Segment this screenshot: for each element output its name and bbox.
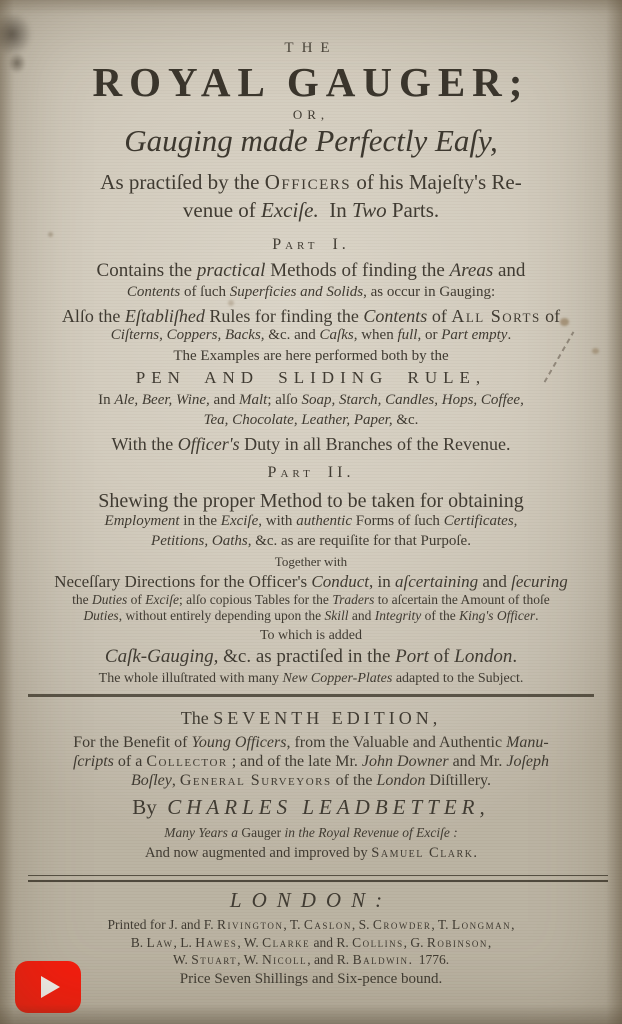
edition-line: The SEVENTH EDITION,	[14, 708, 608, 728]
book-title-page: THE ROYAL GAUGER; OR, Gauging made Perfe…	[0, 0, 622, 1024]
goods-line-1: In Ale, Beer, Wine, and Malt; alſo Soap,…	[14, 392, 608, 409]
part1-para1-line2: Contents of ſuch Superficies and Solids,…	[14, 284, 608, 301]
edition-benefit-line3: Boſley, General Surveyors of the London …	[14, 772, 608, 790]
or-separator: OR,	[14, 108, 608, 123]
edition-benefit-line2: ſcripts of a Collector ; and of the late…	[14, 753, 608, 771]
double-rule	[28, 875, 608, 882]
part2-para2-line3: Duties, without entirely depending upon …	[14, 608, 608, 623]
byline-line-1: As practiſed by the Officers of his Maje…	[14, 171, 608, 195]
part1-para2-line1: Alſo the Eſtabliſhed Rules for finding t…	[14, 306, 608, 326]
subtitle: Gauging made Perfectly Eaſy,	[14, 124, 608, 159]
imprint-line-3: W. Stuart, W. Nicoll, and R. Baldwin. 17…	[14, 952, 608, 967]
youtube-play-button[interactable]	[15, 961, 81, 1013]
goods-line-2: Tea, Chocolate, Leather, Paper, &c.	[14, 412, 608, 429]
part2-para1-line2: Employment in the Exciſe, with authentic…	[14, 513, 608, 530]
london-line: LONDON:	[14, 889, 608, 913]
horizontal-rule	[28, 694, 594, 697]
imprint-line-2: B. Law, L. Hawes, W. Clarke and R. Colli…	[14, 935, 608, 950]
part2-para1-line3: Petitions, Oaths, &c. as are requiſite f…	[14, 533, 608, 550]
part1-heading: Part I.	[14, 236, 608, 254]
part2-para2-line1: Neceſſary Directions for the Officer's C…	[14, 572, 608, 591]
price-line: Price Seven Shillings and Six-pence boun…	[14, 971, 608, 988]
play-icon	[41, 976, 60, 998]
together-with-line: Together with	[14, 555, 608, 570]
part2-para2-line2: the Duties of Exciſe; alſo copious Table…	[14, 592, 608, 607]
to-which-added-line: To which is added	[14, 628, 608, 644]
byline-line-2: venue of Exciſe. In Two Parts.	[14, 199, 608, 223]
imprint-line-1: Printed for J. and F. Rivington, T. Casl…	[14, 917, 608, 932]
edition-benefit-line1: For the Benefit of Young Officers, from …	[14, 734, 608, 752]
author-line: By CHARLES LEADBETTER,	[14, 796, 608, 820]
part2-para1-line1: Shewing the proper Method to be taken fo…	[14, 490, 608, 512]
copper-plates-line: The whole illuſtrated with many New Copp…	[14, 671, 608, 687]
part1-para1-line1: Contains the practical Methods of findin…	[14, 260, 608, 281]
cask-gauging-line: Caſk-Gauging, &c. as practiſed in the Po…	[14, 646, 608, 667]
pen-and-sliding-rule: PEN AND SLIDING RULE,	[14, 368, 608, 387]
part1-para2-line2: Ciſterns, Coppers, Backs, &c. and Caſks,…	[14, 327, 608, 344]
clark-credit-line: And now augmented and improved by Samuel…	[14, 845, 608, 861]
main-title: ROYAL GAUGER;	[14, 60, 608, 106]
examples-line: The Examples are here performed both by …	[14, 348, 608, 365]
part2-heading: Part II.	[14, 464, 608, 482]
officer-duty-line: With the Officer's Duty in all Branches …	[14, 434, 608, 454]
half-title-the: THE	[14, 40, 608, 57]
gauger-credit-line: Many Years a Gauger in the Royal Revenue…	[14, 825, 608, 840]
